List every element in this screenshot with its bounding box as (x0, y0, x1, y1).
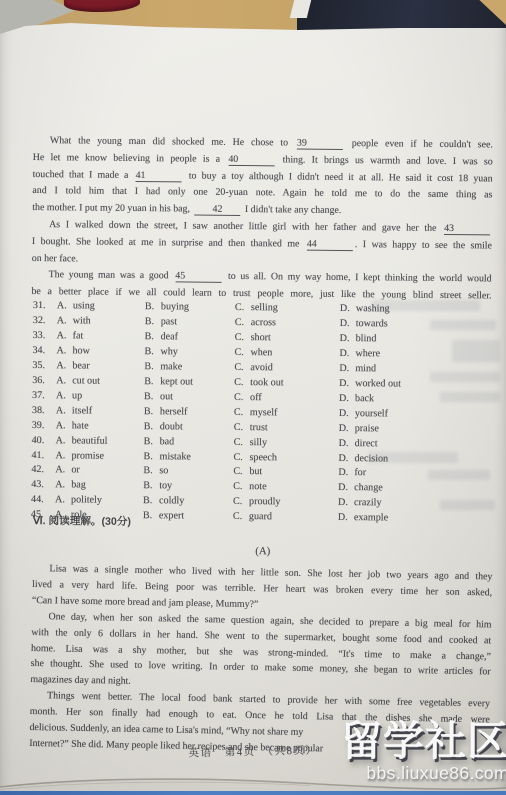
exam-paper: What the young man did shocked me. He ch… (0, 0, 506, 795)
option-number: 40. (32, 434, 56, 449)
option-choice: D.praise (339, 422, 494, 438)
option-letter: A. (57, 314, 73, 329)
option-choice: 43.A.bag (31, 478, 143, 494)
option-choice: C.avoid (234, 361, 339, 377)
option-letter: D. (338, 496, 354, 511)
option-choice: 38.A.itself (32, 404, 144, 420)
option-choice: 31.A.using (33, 299, 145, 315)
watermark-site-url: bbs.liuxue86.com (341, 764, 506, 782)
cloze-blank: 41 (136, 170, 182, 182)
passage-label: (A) (33, 539, 493, 564)
option-letter: D. (339, 407, 355, 422)
option-letter: C. (235, 331, 251, 346)
option-choice: B.buying (145, 300, 235, 316)
option-letter: A. (56, 419, 72, 434)
option-letter: D. (339, 422, 355, 437)
option-choice: C.note (233, 480, 338, 496)
option-letter: C. (234, 436, 250, 451)
option-letter: A. (57, 329, 73, 344)
option-choice: C.across (235, 316, 340, 332)
option-choice: 36.A.cut out (32, 374, 144, 390)
option-choice: C.proudly (233, 495, 338, 511)
option-choice: C.guard (233, 510, 338, 526)
watermark: 留学社区 bbs.liuxue86.com (341, 719, 506, 782)
option-letter: B. (144, 420, 160, 435)
option-letter: D. (339, 437, 355, 452)
cloze-blank: 44 (307, 238, 353, 250)
option-choice: B.why (144, 345, 234, 361)
option-choice: B.past (145, 315, 235, 331)
option-letter: C. (233, 495, 249, 510)
option-choice: C.selling (235, 301, 340, 317)
option-choice: 41.A.promise (31, 449, 143, 465)
watermark-title: 留学社区 (341, 719, 506, 763)
option-letter: B. (144, 435, 160, 450)
option-letter: D. (338, 466, 354, 481)
option-letter: C. (233, 510, 249, 525)
option-choice: D.mind (339, 362, 494, 378)
option-number: 38. (32, 404, 56, 419)
option-letter: B. (144, 405, 160, 420)
option-letter: B. (143, 450, 159, 465)
options-table: 31.A.usingB.buyingC.sellingD.washing32.A… (31, 299, 495, 528)
option-letter: A. (56, 404, 72, 419)
option-letter: C. (234, 361, 250, 376)
option-number: 31. (33, 299, 57, 314)
option-letter: D. (339, 347, 355, 362)
option-choice: 34.A.how (32, 344, 144, 360)
bottom-blue-bar (0, 791, 506, 795)
option-choice: C.when (234, 346, 339, 362)
option-letter: B. (143, 509, 159, 524)
option-number: 35. (32, 359, 56, 374)
option-letter: D. (340, 332, 356, 347)
option-choice: D.back (339, 392, 494, 408)
option-choice: B.make (144, 360, 234, 376)
option-choice: C.speech (233, 450, 338, 466)
option-number: 33. (33, 329, 57, 344)
option-letter: D. (339, 377, 355, 392)
option-choice: B.herself (144, 405, 234, 421)
option-letter: B. (144, 390, 160, 405)
option-number: 36. (32, 374, 56, 389)
option-choice: B.coldly (143, 494, 233, 510)
option-number: 41. (31, 449, 55, 464)
option-letter: C. (234, 376, 250, 391)
option-choice: D.where (339, 347, 494, 363)
option-letter: C. (233, 480, 249, 495)
option-letter: B. (144, 360, 160, 375)
option-number: 39. (32, 419, 56, 434)
option-letter: D. (338, 451, 354, 466)
option-letter: D. (340, 317, 356, 332)
option-choice: D.direct (339, 437, 494, 453)
cloze-blank: 45 (175, 271, 221, 283)
option-choice: D.towards (340, 317, 495, 333)
option-choice: 32.A.with (33, 314, 145, 330)
option-choice: C.myself (234, 406, 339, 422)
option-choice: C.short (235, 331, 340, 347)
option-letter: A. (56, 389, 72, 404)
option-choice: B.toy (143, 480, 233, 496)
option-choice: D.for (338, 466, 493, 482)
option-choice: C.took out (234, 376, 339, 392)
option-choice: B.kept out (144, 375, 234, 391)
option-choice: B.doubt (144, 420, 234, 436)
option-choice: C.silly (234, 436, 339, 452)
option-letter: A. (56, 359, 72, 374)
option-letter: D. (338, 481, 354, 496)
option-letter: A. (55, 479, 71, 494)
option-letter: B. (145, 330, 161, 345)
option-letter: C. (233, 450, 249, 465)
option-choice: 35.A.bear (32, 359, 144, 375)
option-choice: D.blind (340, 332, 495, 348)
option-letter: C. (233, 465, 249, 480)
section-heading: Ⅵ. 阅读理解。(30分) (33, 513, 131, 529)
option-choice: D.yourself (339, 407, 494, 423)
option-letter: C. (234, 391, 250, 406)
option-number: 32. (33, 314, 57, 329)
option-letter: B. (144, 375, 160, 390)
option-letter: C. (235, 316, 251, 331)
option-number: 43. (31, 478, 55, 493)
option-letter: D. (338, 511, 354, 526)
option-choice: B.mistake (143, 450, 233, 466)
option-choice: B.bad (144, 435, 234, 451)
cloze-blank: 43 (444, 223, 490, 235)
exam-paper-photo: What the young man did shocked me. He ch… (0, 0, 506, 795)
option-letter: C. (234, 421, 250, 436)
option-letter: B. (145, 315, 161, 330)
option-choice: 33.A.fat (33, 329, 145, 345)
option-letter: B. (144, 345, 160, 360)
option-letter: C. (234, 406, 250, 421)
option-letter: A. (57, 299, 73, 314)
option-choice: D.worked out (339, 377, 494, 393)
option-choice: D.washing (340, 302, 495, 318)
option-choice: 40.A.beautiful (32, 434, 144, 450)
option-choice: C.trust (234, 421, 339, 437)
cloze-passage: What the young man did shocked me. He ch… (31, 133, 493, 305)
option-letter: D. (339, 362, 355, 377)
option-choice: B.out (144, 390, 234, 406)
cloze-blank: 39 (297, 138, 343, 150)
option-choice: D.crazily (338, 496, 493, 512)
option-number: 37. (32, 389, 56, 404)
option-number: 42. (31, 463, 55, 478)
option-choice: 42.A.or (31, 463, 143, 479)
option-choice: 39.A.hate (32, 419, 144, 435)
option-choice: 37.A.up (32, 389, 144, 405)
option-letter: A. (56, 374, 72, 389)
option-letter: A. (55, 464, 71, 479)
option-letter: B. (143, 480, 159, 495)
option-letter: A. (56, 434, 72, 449)
option-choice: 44.A.politely (31, 493, 143, 509)
option-letter: A. (56, 344, 72, 359)
cloze-blank: 42 (194, 204, 240, 216)
option-choice: B.deaf (145, 330, 235, 346)
option-choice: C.off (234, 391, 339, 407)
option-choice: D.change (338, 481, 493, 497)
option-number: 34. (32, 344, 56, 359)
option-letter: C. (234, 346, 250, 361)
option-letter: D. (340, 302, 356, 317)
option-choice: C.but (233, 465, 338, 481)
option-choice: D.example (338, 511, 493, 527)
cloze-blank: 40 (228, 154, 274, 166)
option-choice: D.decision (338, 451, 493, 467)
option-choice: B.so (143, 465, 233, 481)
option-number: 44. (31, 493, 55, 508)
option-letter: A. (55, 449, 71, 464)
option-letter: A. (55, 494, 71, 509)
option-letter: B. (145, 300, 161, 315)
option-choice: B.expert (143, 509, 233, 525)
option-letter: B. (143, 465, 159, 480)
option-letter: D. (339, 392, 355, 407)
option-letter: C. (235, 301, 251, 316)
option-letter: B. (143, 494, 159, 509)
